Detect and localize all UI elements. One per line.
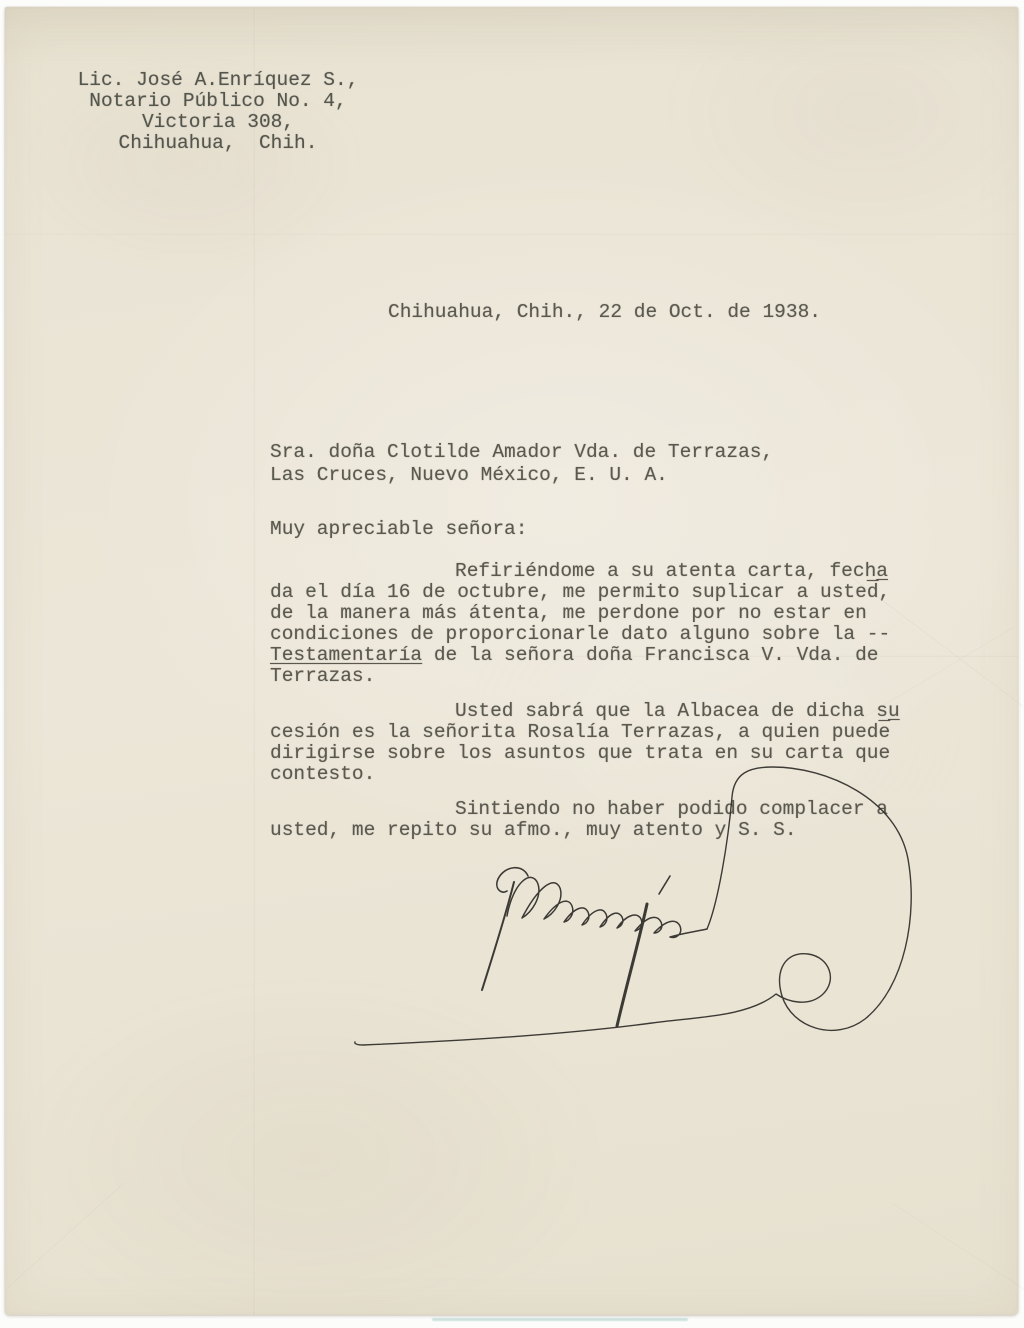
recipient-line: Las Cruces, Nuevo México, E. U. A. xyxy=(270,464,773,487)
line-text: da el día 16 de octubre, me permito supl… xyxy=(270,581,867,603)
line-text: , xyxy=(879,581,891,603)
scanner-artifact xyxy=(432,1318,688,1321)
salutation: Muy apreciable señora: xyxy=(270,519,527,540)
letterhead: Lic. José A.Enríquez S., Notario Público… xyxy=(70,70,366,154)
line-text: de la señora doña Francisca V. Vda. de xyxy=(422,644,878,666)
paragraph-line: Refiriéndome a su atenta carta, fecha xyxy=(270,561,890,582)
letterhead-line: Notario Público No. 4, xyxy=(70,91,366,112)
paragraph-line: Usted sabrá que la Albacea de dicha su xyxy=(270,701,900,722)
paragraph-2: Usted sabrá que la Albacea de dicha su c… xyxy=(270,701,900,785)
corner-fold-crease xyxy=(891,1203,1024,1302)
line-text: Usted sabrá que la Albacea de dicha s xyxy=(455,700,888,722)
paragraph-line: Sintiendo no haber podido complacer a xyxy=(270,799,888,820)
hyphenation-underscore: u xyxy=(888,700,900,722)
overstruck-letter: d xyxy=(867,581,879,603)
underlined-word: Testamentaría xyxy=(270,644,422,666)
letterhead-line: Lic. José A.Enríquez S., xyxy=(70,70,366,91)
signature-initial-j-descender xyxy=(482,882,514,990)
letterhead-line: Chihuahua, Chih. xyxy=(70,133,366,154)
paragraph-line: Testamentaría de la señora doña Francisc… xyxy=(270,645,890,666)
signature-letters xyxy=(507,877,707,937)
paragraph-line: dirigirse sobre los asuntos que trata en… xyxy=(270,743,900,764)
letterhead-line: Victoria 308, xyxy=(70,112,366,133)
paragraph-line: usted, me repito su afmo., muy atento y … xyxy=(270,820,888,841)
line-text: Refiriéndome a su atenta carta, fech xyxy=(455,560,876,582)
line-text: cesión es la señorita Rosalía Terrazas, … xyxy=(270,721,879,743)
paragraph-line: Terrazas. xyxy=(270,666,890,687)
paragraph-line: de la manera más átenta, me perdone por … xyxy=(270,603,890,624)
paragraph-line: cesión es la señorita Rosalía Terrazas, … xyxy=(270,722,900,743)
corner-fold-crease xyxy=(7,1182,126,1289)
horizontal-crease xyxy=(5,233,1018,236)
hyphenation-underscore: a xyxy=(876,560,888,582)
vertical-crease xyxy=(253,7,256,1315)
recipient-address: Sra. doña Clotilde Amador Vda. de Terraz… xyxy=(270,441,773,487)
paragraph-line: contesto. xyxy=(270,764,900,785)
dateline: Chihuahua, Chih., 22 de Oct. de 1938. xyxy=(388,302,821,323)
letter-paper: Lic. José A.Enríquez S., Notario Público… xyxy=(5,7,1018,1315)
paragraph-line: da el día 16 de octubre, me permito supl… xyxy=(270,582,890,603)
recipient-line: Sra. doña Clotilde Amador Vda. de Terraz… xyxy=(270,441,773,464)
overstruck-letter: e xyxy=(879,721,891,743)
closing-paragraph: Sintiendo no haber podido complacer a us… xyxy=(270,799,888,841)
paragraph-line: condiciones de proporcionarle dato algun… xyxy=(270,624,890,645)
signature-initial-j xyxy=(497,868,528,892)
signature-accent xyxy=(659,876,670,894)
paragraph-1: Refiriéndome a su atenta carta, fecha da… xyxy=(270,561,890,687)
signature-descender xyxy=(617,904,647,1026)
